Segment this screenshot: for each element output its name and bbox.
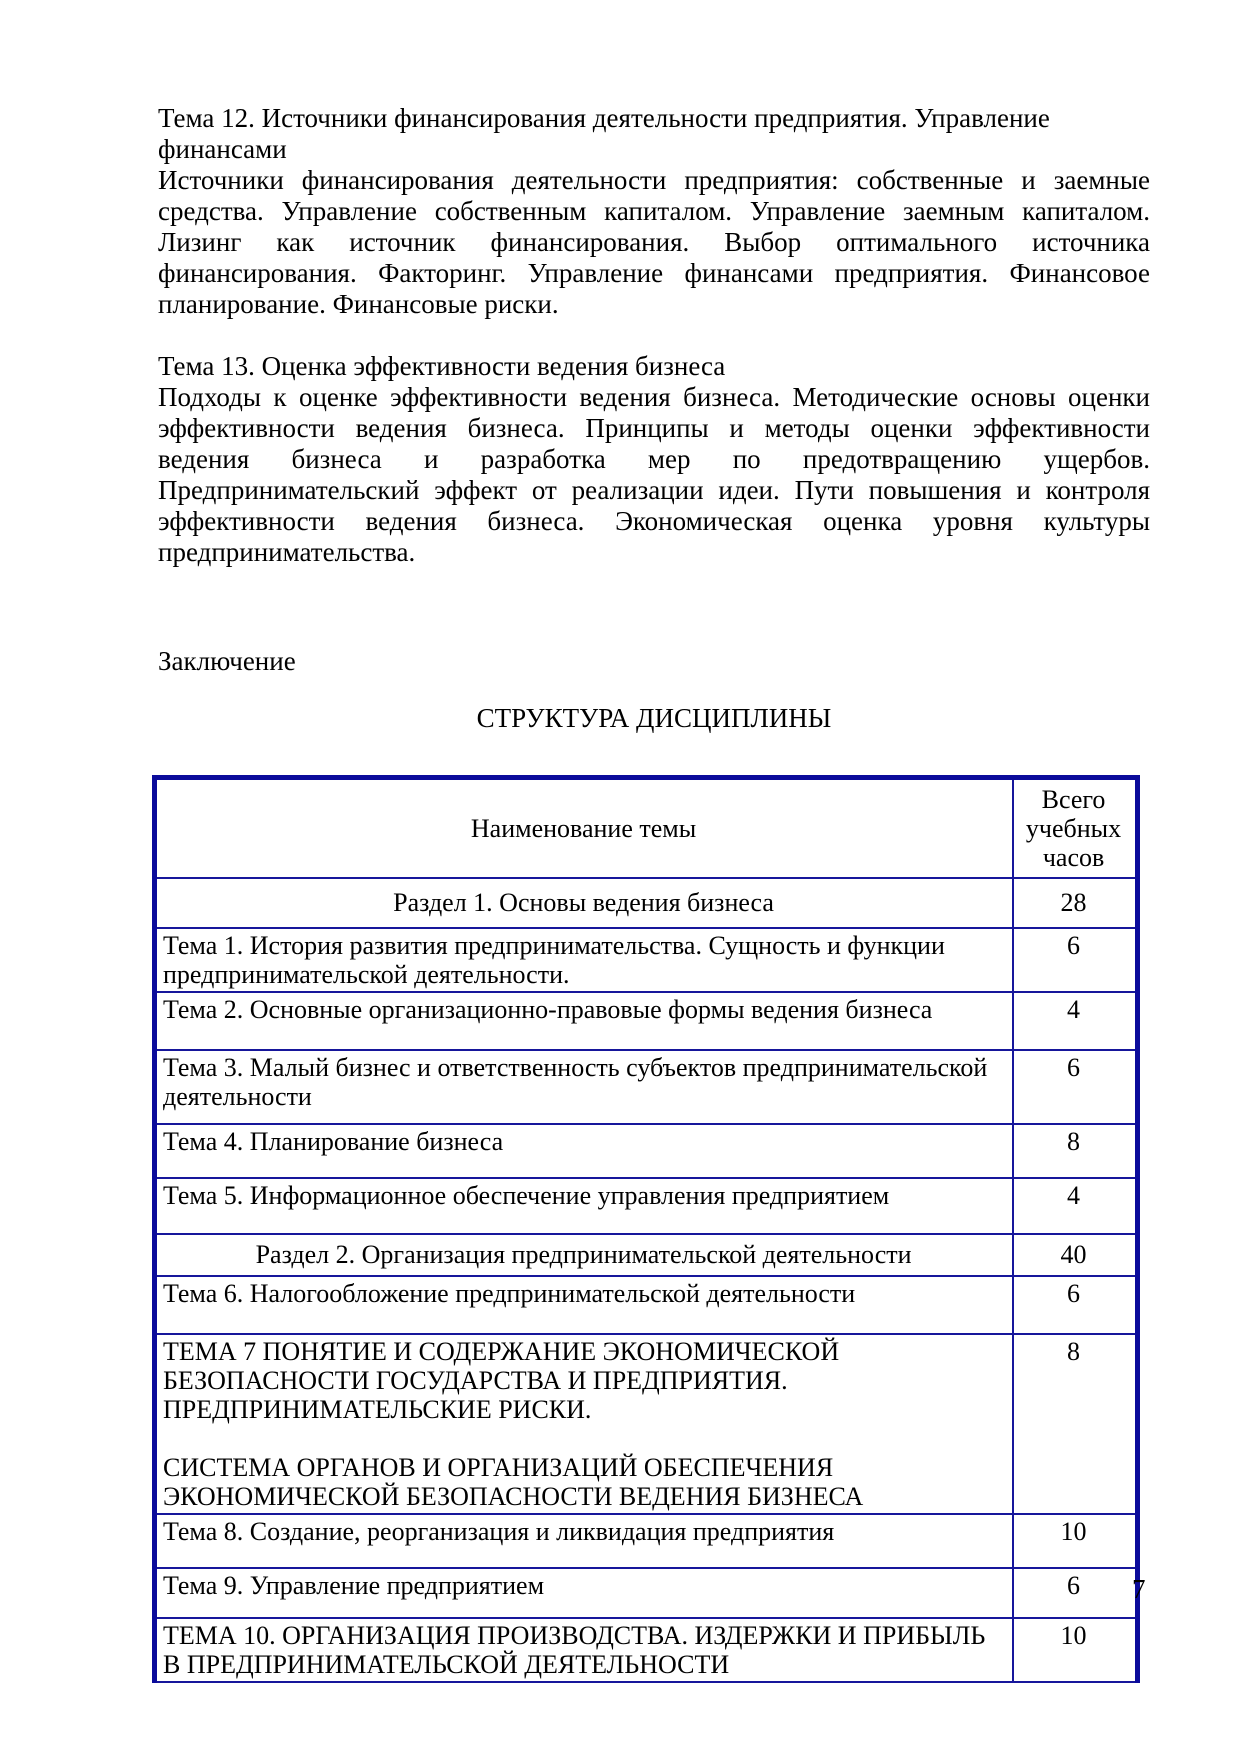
table-row-section-2: Раздел 2. Организация предпринимательско… — [155, 1234, 1138, 1276]
hours-cell: 4 — [1013, 1178, 1137, 1234]
hours-cell: 8 — [1013, 1124, 1137, 1178]
section-body: Источники финансирования деятельности пр… — [158, 165, 1150, 320]
conclusion-label: Заключение — [158, 646, 1150, 677]
document-page: { "sections": [ { "heading": "Тема 12. И… — [0, 0, 1241, 1754]
table-row-topic-7: ТЕМА 7 ПОНЯТИЕ И СОДЕРЖАНИЕ ЭКОНОМИЧЕСКО… — [155, 1334, 1138, 1514]
hours-cell: 10 — [1013, 1618, 1137, 1682]
discipline-structure-table: Наименование темы Всего учебных часов Ра… — [152, 775, 1140, 1683]
section-title-cell: Раздел 1. Основы ведения бизнеса — [155, 878, 1014, 928]
topic-title-cell: ТЕМА 10. ОРГАНИЗАЦИЯ ПРОИЗВОДСТВА. ИЗДЕР… — [155, 1618, 1014, 1682]
table-row-topic-1: Тема 1. История развития предприниматель… — [155, 928, 1138, 992]
topic-title-cell: Тема 2. Основные организационно-правовые… — [155, 992, 1014, 1050]
table-row-topic-5: Тема 5. Информационное обеспечение управ… — [155, 1178, 1138, 1234]
hours-cell: 28 — [1013, 878, 1137, 928]
section-body: Подходы к оценке эффективности ведения б… — [158, 382, 1150, 568]
column-header-topic-name: Наименование темы — [155, 778, 1014, 878]
blank-line — [163, 1424, 1004, 1453]
topic-title-cell: Тема 5. Информационное обеспечение управ… — [155, 1178, 1014, 1234]
topic-title-cell: Тема 6. Налогообложение предпринимательс… — [155, 1276, 1014, 1334]
hours-cell: 10 — [1013, 1514, 1137, 1568]
hours-cell: 6 — [1013, 1050, 1137, 1124]
topic-title-cell: Тема 1. История развития предприниматель… — [155, 928, 1014, 992]
table-row-topic-9: Тема 9. Управление предприятием 6 — [155, 1568, 1138, 1618]
topic-title-cell: ТЕМА 7 ПОНЯТИЕ И СОДЕРЖАНИЕ ЭКОНОМИЧЕСКО… — [155, 1334, 1014, 1514]
table-header-row: Наименование темы Всего учебных часов — [155, 778, 1138, 878]
section-heading: Тема 13. Оценка эффективности ведения би… — [158, 351, 1150, 382]
hours-cell: 6 — [1013, 1568, 1137, 1618]
topic-title-cell: Тема 8. Создание, реорганизация и ликвид… — [155, 1514, 1014, 1568]
table-row-topic-8: Тема 8. Создание, реорганизация и ликвид… — [155, 1514, 1138, 1568]
table-row-topic-4: Тема 4. Планирование бизнеса 8 — [155, 1124, 1138, 1178]
hours-cell: 40 — [1013, 1234, 1137, 1276]
topic-title-cell: Тема 4. Планирование бизнеса — [155, 1124, 1014, 1178]
hours-cell: 6 — [1013, 928, 1137, 992]
hours-cell: 4 — [1013, 992, 1137, 1050]
column-header-total-hours: Всего учебных часов — [1013, 778, 1137, 878]
table-row-section-1: Раздел 1. Основы ведения бизнеса 28 — [155, 878, 1138, 928]
page-number: 7 — [1132, 1575, 1146, 1604]
topic-title-part-1: ТЕМА 7 ПОНЯТИЕ И СОДЕРЖАНИЕ ЭКОНОМИЧЕСКО… — [163, 1337, 1004, 1424]
section-tema-13: Тема 13. Оценка эффективности ведения би… — [158, 351, 1150, 568]
section-title-cell: Раздел 2. Организация предпринимательско… — [155, 1234, 1014, 1276]
text-block: Тема 12. Источники финансирования деятел… — [158, 103, 1150, 1683]
section-tema-12: Тема 12. Источники финансирования деятел… — [158, 103, 1150, 320]
table-row-topic-10: ТЕМА 10. ОРГАНИЗАЦИЯ ПРОИЗВОДСТВА. ИЗДЕР… — [155, 1618, 1138, 1682]
topic-title-part-2: СИСТЕМА ОРГАНОВ И ОРГАНИЗАЦИЙ ОБЕСПЕЧЕНИ… — [163, 1453, 1004, 1511]
table-row-topic-6: Тема 6. Налогообложение предпринимательс… — [155, 1276, 1138, 1334]
section-heading: Тема 12. Источники финансирования деятел… — [158, 103, 1150, 165]
topic-title-cell: Тема 3. Малый бизнес и ответственность с… — [155, 1050, 1014, 1124]
hours-cell: 6 — [1013, 1276, 1137, 1334]
topic-title-cell: Тема 9. Управление предприятием — [155, 1568, 1014, 1618]
hours-cell: 8 — [1013, 1334, 1137, 1514]
table-row-topic-2: Тема 2. Основные организационно-правовые… — [155, 992, 1138, 1050]
table-title: СТРУКТУРА ДИСЦИПЛИНЫ — [158, 703, 1150, 734]
table-row-topic-3: Тема 3. Малый бизнес и ответственность с… — [155, 1050, 1138, 1124]
